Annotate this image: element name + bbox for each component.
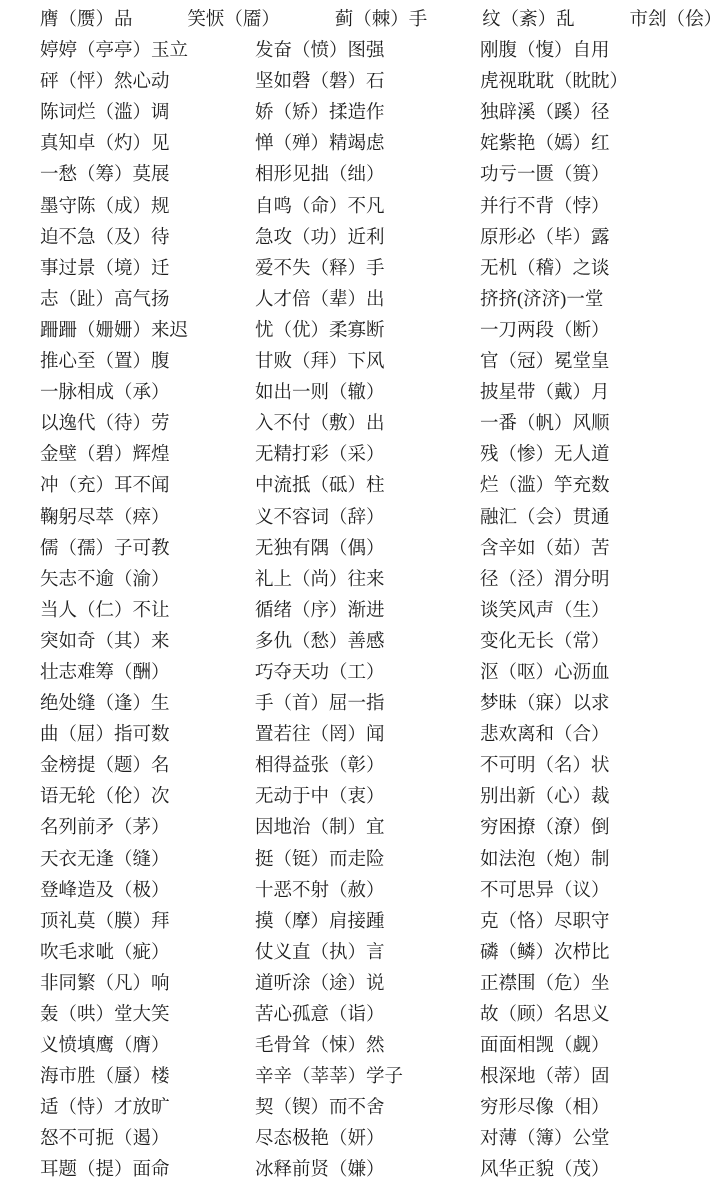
idiom-item: 循绪（序）渐进	[255, 596, 480, 627]
idiom-item: 砰（怦）然心动	[40, 67, 255, 98]
idiom-row: 志（趾）高气扬人才倍（辈）出挤挤(济济)一堂	[40, 285, 725, 316]
idiom-item: 非同繁（凡）响	[40, 969, 255, 1000]
idiom-item: 因地治（制）宜	[255, 813, 480, 844]
idiom-item: 穷形尽像（相）	[480, 1093, 610, 1124]
idiom-item: 吹毛求呲（疵）	[40, 938, 255, 969]
idiom-item: 娇（矫）揉造作	[255, 98, 480, 129]
idiom-item: 谈笑风声（生）	[480, 596, 610, 627]
idiom-item: 陈词烂（滥）调	[40, 98, 255, 129]
idiom-item: 怒不可扼（遏）	[40, 1124, 255, 1155]
idiom-row: 砰（怦）然心动坚如磬（磐）石虎视耽耽（眈眈）	[40, 67, 725, 98]
idiom-row: 迫不急（及）待急攻（功）近利原形必（毕）露	[40, 223, 725, 254]
idiom-row: 怒不可扼（遏）尽态极艳（妍）对薄（簿）公堂	[40, 1124, 725, 1155]
idiom-item: 发奋（愤）图强	[255, 36, 480, 67]
idiom-item: 梦昧（寐）以求	[480, 689, 610, 720]
idiom-row: 婷婷（亭亭）玉立发奋（愤）图强刚腹（愎）自用	[40, 36, 725, 67]
idiom-item: 悲欢离和（合）	[480, 720, 610, 751]
idiom-item: 登峰造及（极）	[40, 876, 255, 907]
idiom-item: 一番（帆）风顺	[480, 409, 610, 440]
idiom-item: 变化无长（常）	[480, 627, 610, 658]
idiom-item: 市刽（侩）	[629, 5, 722, 36]
idiom-item: 摸（摩）肩接踵	[255, 907, 480, 938]
idiom-item: 礼上（尚）往来	[255, 565, 480, 596]
idiom-item: 金榜提（题）名	[40, 751, 255, 782]
idiom-item: 无动于中（衷）	[255, 782, 480, 813]
idiom-item: 巧夺天功（工）	[255, 658, 480, 689]
idiom-item: 并行不背（悖）	[480, 192, 610, 223]
idiom-item: 穷困撩（潦）倒	[480, 813, 610, 844]
idiom-item: 金壁（碧）辉煌	[40, 440, 255, 471]
idiom-item: 融汇（会）贯通	[480, 503, 610, 534]
idiom-item: 轰（哄）堂大笑	[40, 1000, 255, 1031]
idiom-item: 膺（赝）品	[40, 5, 133, 36]
idiom-row: 跚跚（姗姗）来迟忧（优）柔寡断一刀两段（断）	[40, 316, 725, 347]
idiom-item: 以逸代（待）劳	[40, 409, 255, 440]
idiom-row: 陈词烂（滥）调娇（矫）揉造作独辟溪（蹊）径	[40, 98, 725, 129]
idiom-item: 适（恃）才放旷	[40, 1093, 255, 1124]
idiom-row: 语无轮（伦）次无动于中（衷）别出新（心）裁	[40, 782, 725, 813]
idiom-item: 事过景（境）迁	[40, 254, 255, 285]
idiom-item: 婷婷（亭亭）玉立	[40, 36, 255, 67]
idiom-item: 如法泡（炮）制	[480, 845, 610, 876]
idiom-item: 笑恹（靥）	[187, 5, 280, 36]
idiom-item: 冲（充）耳不闻	[40, 471, 255, 502]
idiom-item: 顶礼莫（膜）拜	[40, 907, 255, 938]
idiom-item: 自鸣（命）不凡	[255, 192, 480, 223]
idiom-item: 原形必（毕）露	[480, 223, 610, 254]
idiom-item: 毛骨耸（悚）然	[255, 1031, 480, 1062]
idiom-row: 儒（孺）子可教无独有隅（偶）含辛如（茹）苦	[40, 534, 725, 565]
idiom-item: 磷（鳞）次栉比	[480, 938, 610, 969]
idiom-row: 曲（屈）指可数置若往（罔）闻悲欢离和（合）	[40, 720, 725, 751]
idiom-list: 膺（赝）品笑恹（靥）蓟（棘）手纹（紊）乱市刽（侩）婷婷（亭亭）玉立发奋（愤）图强…	[40, 5, 725, 1187]
idiom-row: 矢志不逾（渝）礼上（尚）往来径（泾）渭分明	[40, 565, 725, 596]
idiom-item: 挤挤(济济)一堂	[480, 285, 603, 316]
idiom-item: 置若往（罔）闻	[255, 720, 480, 751]
idiom-row: 非同繁（凡）响道听涂（途）说正襟围（危）坐	[40, 969, 725, 1000]
idiom-item: 无独有隅（偶）	[255, 534, 480, 565]
idiom-item: 当人（仁）不让	[40, 596, 255, 627]
idiom-item: 尽态极艳（妍）	[255, 1124, 480, 1155]
idiom-row: 壮志难筹（酬）巧夺天功（工）沤（呕）心沥血	[40, 658, 725, 689]
idiom-item: 爱不失（释）手	[255, 254, 480, 285]
idiom-item: 对薄（簿）公堂	[480, 1124, 610, 1155]
idiom-item: 故（顾）名思义	[480, 1000, 610, 1031]
idiom-item: 甘败（拜）下风	[255, 347, 480, 378]
idiom-item: 突如奇（其）来	[40, 627, 255, 658]
idiom-item: 辛辛（莘莘）学子	[255, 1062, 480, 1093]
idiom-item: 面面相觊（觑）	[480, 1031, 610, 1062]
idiom-item: 契（锲）而不舍	[255, 1093, 480, 1124]
idiom-item: 别出新（心）裁	[480, 782, 610, 813]
idiom-item: 入不付（敷）出	[255, 409, 480, 440]
idiom-item: 仗义直（执）言	[255, 938, 480, 969]
idiom-item: 语无轮（伦）次	[40, 782, 255, 813]
idiom-item: 相形见拙（绌）	[255, 160, 480, 191]
idiom-item: 人才倍（辈）出	[255, 285, 480, 316]
idiom-item: 无机（稽）之谈	[480, 254, 610, 285]
idiom-row: 墨守陈（成）规自鸣（命）不凡并行不背（悖）	[40, 192, 725, 223]
idiom-item: 海市胜（蜃）楼	[40, 1062, 255, 1093]
idiom-row: 以逸代（待）劳入不付（敷）出一番（帆）风顺	[40, 409, 725, 440]
idiom-item: 跚跚（姗姗）来迟	[40, 316, 255, 347]
idiom-row: 天衣无逢（缝）挺（铤）而走险如法泡（炮）制	[40, 845, 725, 876]
idiom-item: 曲（屈）指可数	[40, 720, 255, 751]
idiom-item: 纹（紊）乱	[482, 5, 575, 36]
idiom-row: 适（恃）才放旷契（锲）而不舍穷形尽像（相）	[40, 1093, 725, 1124]
idiom-row: 冲（充）耳不闻中流抵（砥）柱烂（滥）竽充数	[40, 471, 725, 502]
idiom-item: 道听涂（途）说	[255, 969, 480, 1000]
idiom-item: 功亏一匮（篑）	[480, 160, 610, 191]
idiom-item: 坚如磬（磐）石	[255, 67, 480, 98]
idiom-row: 登峰造及（极）十恶不射（赦）不可思异（议）	[40, 876, 725, 907]
idiom-item: 一刀两段（断）	[480, 316, 610, 347]
idiom-item: 独辟溪（蹊）径	[480, 98, 610, 129]
idiom-item: 蓟（棘）手	[335, 5, 428, 36]
idiom-item: 天衣无逢（缝）	[40, 845, 255, 876]
idiom-item: 急攻（功）近利	[255, 223, 480, 254]
idiom-item: 风华正貌（茂）	[480, 1155, 610, 1186]
idiom-item: 儒（孺）子可教	[40, 534, 255, 565]
idiom-item: 不可思异（议）	[480, 876, 610, 907]
idiom-item: 中流抵（砥）柱	[255, 471, 480, 502]
idiom-item: 如出一则（辙）	[255, 378, 480, 409]
idiom-item: 径（泾）渭分明	[480, 565, 610, 596]
idiom-item: 鞠躬尽萃（瘁）	[40, 503, 255, 534]
idiom-item: 挺（铤）而走险	[255, 845, 480, 876]
idiom-row: 金壁（碧）辉煌无精打彩（采）残（惨）无人道	[40, 440, 725, 471]
idiom-item: 相得益张（彰）	[255, 751, 480, 782]
idiom-row: 耳题（提）面命冰释前贤（嫌）风华正貌（茂）	[40, 1155, 725, 1186]
idiom-item: 苦心孤意（诣）	[255, 1000, 480, 1031]
idiom-row: 金榜提（题）名相得益张（彰）不可明（名）状	[40, 751, 725, 782]
idiom-item: 冰释前贤（嫌）	[255, 1155, 480, 1186]
idiom-item: 披星带（戴）月	[480, 378, 610, 409]
idiom-item: 无精打彩（采）	[255, 440, 480, 471]
idiom-item: 虎视耽耽（眈眈）	[480, 67, 628, 98]
idiom-item: 正襟围（危）坐	[480, 969, 610, 1000]
idiom-row: 名列前矛（茅）因地治（制）宜穷困撩（潦）倒	[40, 813, 725, 844]
idiom-item: 姹紫艳（嫣）红	[480, 129, 610, 160]
idiom-item: 手（首）屈一指	[255, 689, 480, 720]
idiom-row: 绝处缝（逢）生手（首）屈一指梦昧（寐）以求	[40, 689, 725, 720]
idiom-item: 耳题（提）面命	[40, 1155, 255, 1186]
idiom-row: 吹毛求呲（疵）仗义直（执）言磷（鳞）次栉比	[40, 938, 725, 969]
idiom-item: 多仇（愁）善感	[255, 627, 480, 658]
idiom-item: 刚腹（愎）自用	[480, 36, 610, 67]
idiom-item: 志（趾）高气扬	[40, 285, 255, 316]
idiom-row: 顶礼莫（膜）拜摸（摩）肩接踵克（恪）尽职守	[40, 907, 725, 938]
idiom-row: 一脉相成（承）如出一则（辙）披星带（戴）月	[40, 378, 725, 409]
idiom-item: 十恶不射（赦）	[255, 876, 480, 907]
idiom-item: 根深地（蒂）固	[480, 1062, 610, 1093]
idiom-item: 残（惨）无人道	[480, 440, 610, 471]
idiom-item: 迫不急（及）待	[40, 223, 255, 254]
idiom-row: 一愁（筹）莫展相形见拙（绌）功亏一匮（篑）	[40, 160, 725, 191]
idiom-row: 当人（仁）不让循绪（序）渐进谈笑风声（生）	[40, 596, 725, 627]
idiom-item: 沤（呕）心沥血	[480, 658, 610, 689]
idiom-row: 鞠躬尽萃（瘁）义不容词（辞）融汇（会）贯通	[40, 503, 725, 534]
idiom-row: 海市胜（蜃）楼辛辛（莘莘）学子根深地（蒂）固	[40, 1062, 725, 1093]
idiom-item: 矢志不逾（渝）	[40, 565, 255, 596]
idiom-item: 克（恪）尽职守	[480, 907, 610, 938]
idiom-item: 名列前矛（茅）	[40, 813, 255, 844]
idiom-item: 官（冠）冕堂皇	[480, 347, 610, 378]
idiom-item: 含辛如（茹）苦	[480, 534, 610, 565]
idiom-item: 义不容词（辞）	[255, 503, 480, 534]
idiom-item: 不可明（名）状	[480, 751, 610, 782]
idiom-row: 突如奇（其）来多仇（愁）善感变化无长（常）	[40, 627, 725, 658]
idiom-row: 推心至（置）腹甘败（拜）下风官（冠）冕堂皇	[40, 347, 725, 378]
idiom-item: 烂（滥）竽充数	[480, 471, 610, 502]
idiom-item: 惮（殚）精竭虑	[255, 129, 480, 160]
idiom-item: 忧（优）柔寡断	[255, 316, 480, 347]
idiom-item: 绝处缝（逢）生	[40, 689, 255, 720]
idiom-row: 事过景（境）迁爱不失（释）手无机（稽）之谈	[40, 254, 725, 285]
idiom-row: 真知卓（灼）见惮（殚）精竭虑姹紫艳（嫣）红	[40, 129, 725, 160]
idiom-item: 推心至（置）腹	[40, 347, 255, 378]
idiom-item: 真知卓（灼）见	[40, 129, 255, 160]
idiom-item: 壮志难筹（酬）	[40, 658, 255, 689]
idiom-row: 膺（赝）品笑恹（靥）蓟（棘）手纹（紊）乱市刽（侩）	[40, 5, 722, 36]
idiom-item: 一愁（筹）莫展	[40, 160, 255, 191]
idiom-row: 轰（哄）堂大笑苦心孤意（诣）故（顾）名思义	[40, 1000, 725, 1031]
idiom-item: 墨守陈（成）规	[40, 192, 255, 223]
idiom-row: 义愤填鹰（膺）毛骨耸（悚）然面面相觊（觑）	[40, 1031, 725, 1062]
document-page: 膺（赝）品笑恹（靥）蓟（棘）手纹（紊）乱市刽（侩）婷婷（亭亭）玉立发奋（愤）图强…	[0, 0, 725, 1197]
idiom-item: 一脉相成（承）	[40, 378, 255, 409]
idiom-item: 义愤填鹰（膺）	[40, 1031, 255, 1062]
